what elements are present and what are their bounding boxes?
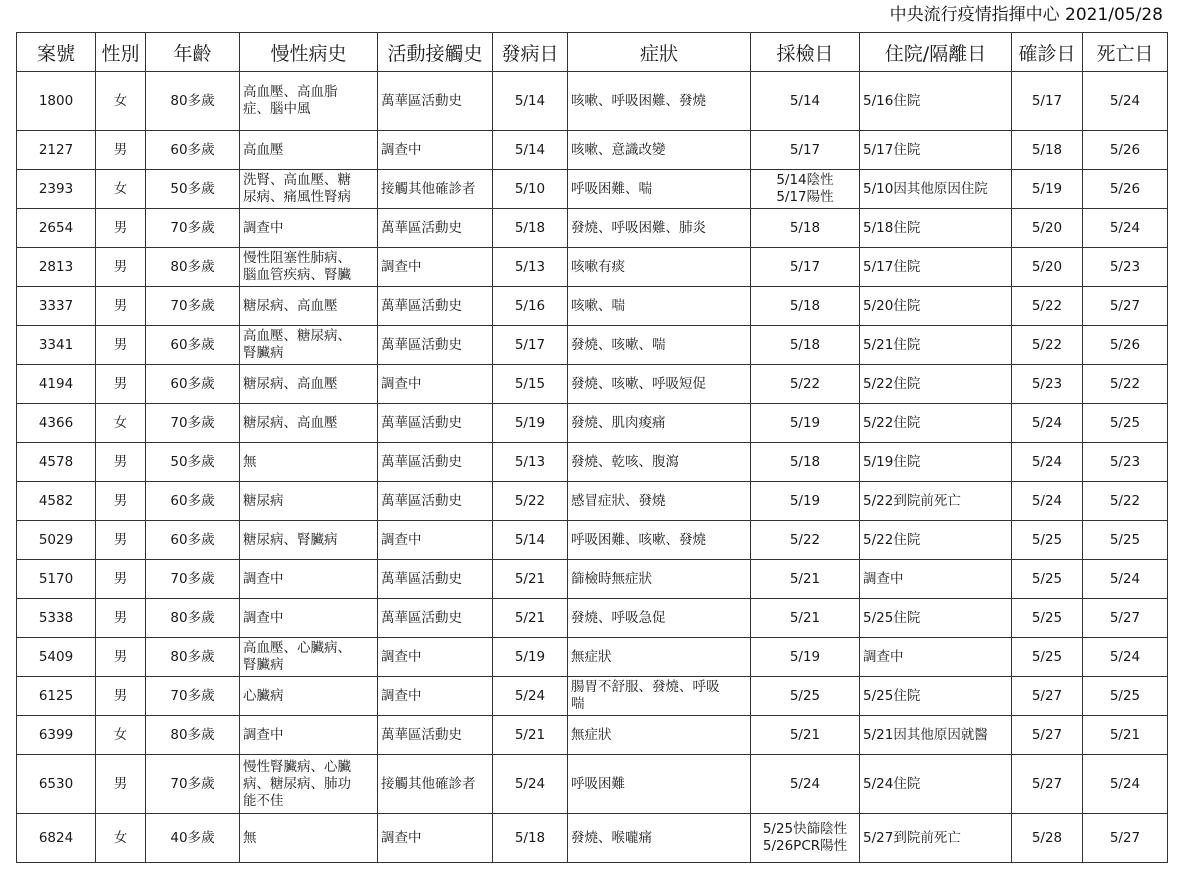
death-cases-table: 案號 性別 年齡 慢性病史 活動接觸史 發病日 症狀 採檢日 住院/隔離日 確診… xyxy=(16,32,1168,863)
cell-sex: 女 xyxy=(96,814,146,863)
cell-case: 6125 xyxy=(17,677,96,716)
table-row: 2654男70多歲調查中萬華區活動史5/18發燒、呼吸困難、肺炎5/185/18… xyxy=(17,209,1168,248)
cell-symptoms: 發燒、喉嚨痛 xyxy=(568,814,751,863)
cell-contact: 調查中 xyxy=(378,638,493,677)
cell-contact: 調查中 xyxy=(378,365,493,404)
cell-test: 5/19 xyxy=(751,482,860,521)
cell-symptoms: 發燒、肌肉痠痛 xyxy=(568,404,751,443)
cell-onset: 5/10 xyxy=(493,170,568,209)
cell-confirmed: 5/25 xyxy=(1012,638,1083,677)
cell-death: 5/26 xyxy=(1083,131,1168,170)
cell-age: 60多歲 xyxy=(146,482,240,521)
table-row: 5338男80多歲調查中萬華區活動史5/21發燒、呼吸急促5/215/25住院5… xyxy=(17,599,1168,638)
cell-case: 3337 xyxy=(17,287,96,326)
cell-contact: 萬華區活動史 xyxy=(378,287,493,326)
table-row: 2813男80多歲慢性阻塞性肺病、 腦血管疾病、腎臟調查中5/13咳嗽有痰5/1… xyxy=(17,248,1168,287)
cell-chronic: 無 xyxy=(240,443,378,482)
cell-age: 40多歲 xyxy=(146,814,240,863)
cell-chronic: 調查中 xyxy=(240,716,378,755)
cell-confirmed: 5/24 xyxy=(1012,404,1083,443)
cell-onset: 5/14 xyxy=(493,72,568,131)
cell-case: 6824 xyxy=(17,814,96,863)
cell-onset: 5/13 xyxy=(493,443,568,482)
col-header-sex: 性別 xyxy=(96,33,146,72)
cell-confirmed: 5/25 xyxy=(1012,599,1083,638)
table-row: 6824女40多歲無調查中5/18發燒、喉嚨痛5/25快篩陰性 5/26PCR陽… xyxy=(17,814,1168,863)
cell-contact: 萬華區活動史 xyxy=(378,482,493,521)
cell-contact: 萬華區活動史 xyxy=(378,72,493,131)
col-header-case: 案號 xyxy=(17,33,96,72)
cell-contact: 萬華區活動史 xyxy=(378,326,493,365)
cell-sex: 男 xyxy=(96,209,146,248)
cell-sex: 男 xyxy=(96,521,146,560)
cell-sex: 男 xyxy=(96,287,146,326)
cell-chronic: 調查中 xyxy=(240,209,378,248)
cell-age: 80多歲 xyxy=(146,599,240,638)
cell-test: 5/19 xyxy=(751,404,860,443)
header-row: 案號 性別 年齡 慢性病史 活動接觸史 發病日 症狀 採檢日 住院/隔離日 確診… xyxy=(17,33,1168,72)
cell-contact: 調查中 xyxy=(378,131,493,170)
cell-contact: 調查中 xyxy=(378,677,493,716)
cell-contact: 接觸其他確診者 xyxy=(378,755,493,814)
table-row: 6125男70多歲心臟病調查中5/24腸胃不舒服、發燒、呼吸 喘5/255/25… xyxy=(17,677,1168,716)
cell-chronic: 糖尿病 xyxy=(240,482,378,521)
cell-chronic: 心臟病 xyxy=(240,677,378,716)
cell-symptoms: 咳嗽、意識改變 xyxy=(568,131,751,170)
cell-contact: 接觸其他確診者 xyxy=(378,170,493,209)
cell-hospital: 5/24住院 xyxy=(860,755,1012,814)
cell-onset: 5/14 xyxy=(493,521,568,560)
cell-confirmed: 5/28 xyxy=(1012,814,1083,863)
cell-symptoms: 咳嗽、呼吸困難、發燒 xyxy=(568,72,751,131)
cell-age: 50多歲 xyxy=(146,443,240,482)
cell-chronic: 慢性腎臟病、心臟 病、糖尿病、肺功 能不佳 xyxy=(240,755,378,814)
cell-onset: 5/22 xyxy=(493,482,568,521)
cell-confirmed: 5/18 xyxy=(1012,131,1083,170)
cell-onset: 5/21 xyxy=(493,599,568,638)
cell-chronic: 糖尿病、腎臟病 xyxy=(240,521,378,560)
cell-confirmed: 5/22 xyxy=(1012,326,1083,365)
cell-death: 5/22 xyxy=(1083,365,1168,404)
cell-confirmed: 5/20 xyxy=(1012,248,1083,287)
cell-confirmed: 5/27 xyxy=(1012,716,1083,755)
cell-case: 5409 xyxy=(17,638,96,677)
cell-onset: 5/17 xyxy=(493,326,568,365)
col-header-death: 死亡日 xyxy=(1083,33,1168,72)
cell-death: 5/24 xyxy=(1083,209,1168,248)
cell-case: 2813 xyxy=(17,248,96,287)
cell-case: 4578 xyxy=(17,443,96,482)
cell-onset: 5/19 xyxy=(493,638,568,677)
cell-chronic: 糖尿病、高血壓 xyxy=(240,287,378,326)
cell-death: 5/25 xyxy=(1083,677,1168,716)
cell-symptoms: 感冒症狀、發燒 xyxy=(568,482,751,521)
cell-hospital: 5/22住院 xyxy=(860,365,1012,404)
cell-test: 5/18 xyxy=(751,326,860,365)
cell-age: 70多歲 xyxy=(146,560,240,599)
cell-symptoms: 咳嗽有痰 xyxy=(568,248,751,287)
cell-onset: 5/16 xyxy=(493,287,568,326)
cell-hospital: 5/17住院 xyxy=(860,248,1012,287)
table-row: 4194男60多歲糖尿病、高血壓調查中5/15發燒、咳嗽、呼吸短促5/225/2… xyxy=(17,365,1168,404)
cell-hospital: 5/20住院 xyxy=(860,287,1012,326)
table-row: 4578男50多歲無萬華區活動史5/13發燒、乾咳、腹瀉5/185/19住院5/… xyxy=(17,443,1168,482)
cell-hospital: 5/22住院 xyxy=(860,404,1012,443)
cell-age: 70多歲 xyxy=(146,755,240,814)
cell-sex: 男 xyxy=(96,755,146,814)
cell-symptoms: 呼吸困難 xyxy=(568,755,751,814)
cell-symptoms: 發燒、咳嗽、喘 xyxy=(568,326,751,365)
cell-hospital: 5/19住院 xyxy=(860,443,1012,482)
cell-hospital: 5/21因其他原因就醫 xyxy=(860,716,1012,755)
cell-sex: 男 xyxy=(96,482,146,521)
cell-death: 5/24 xyxy=(1083,755,1168,814)
cell-contact: 調查中 xyxy=(378,814,493,863)
cell-chronic: 無 xyxy=(240,814,378,863)
cell-death: 5/27 xyxy=(1083,287,1168,326)
cell-test: 5/21 xyxy=(751,716,860,755)
cell-contact: 萬華區活動史 xyxy=(378,716,493,755)
cell-symptoms: 無症狀 xyxy=(568,638,751,677)
cell-age: 70多歲 xyxy=(146,677,240,716)
cell-test: 5/22 xyxy=(751,521,860,560)
cell-case: 2654 xyxy=(17,209,96,248)
cell-age: 60多歲 xyxy=(146,365,240,404)
cell-symptoms: 篩檢時無症狀 xyxy=(568,560,751,599)
cell-case: 3341 xyxy=(17,326,96,365)
cell-case: 4366 xyxy=(17,404,96,443)
table-row: 4582男60多歲糖尿病萬華區活動史5/22感冒症狀、發燒5/195/22到院前… xyxy=(17,482,1168,521)
cell-symptoms: 無症狀 xyxy=(568,716,751,755)
cell-onset: 5/18 xyxy=(493,814,568,863)
cell-test: 5/22 xyxy=(751,365,860,404)
cell-test: 5/14 xyxy=(751,72,860,131)
cell-sex: 女 xyxy=(96,716,146,755)
cell-onset: 5/24 xyxy=(493,677,568,716)
cell-age: 60多歲 xyxy=(146,521,240,560)
cell-death: 5/24 xyxy=(1083,72,1168,131)
cell-age: 80多歲 xyxy=(146,248,240,287)
cell-death: 5/24 xyxy=(1083,638,1168,677)
table-row: 3337男70多歲糖尿病、高血壓萬華區活動史5/16咳嗽、喘5/185/20住院… xyxy=(17,287,1168,326)
cell-hospital: 5/25住院 xyxy=(860,677,1012,716)
cell-symptoms: 咳嗽、喘 xyxy=(568,287,751,326)
cell-death: 5/23 xyxy=(1083,443,1168,482)
cell-case: 6399 xyxy=(17,716,96,755)
cell-hospital: 調查中 xyxy=(860,560,1012,599)
col-header-hospital: 住院/隔離日 xyxy=(860,33,1012,72)
cell-test: 5/18 xyxy=(751,443,860,482)
cell-hospital: 5/22住院 xyxy=(860,521,1012,560)
col-header-onset: 發病日 xyxy=(493,33,568,72)
cell-test: 5/14陰性 5/17陽性 xyxy=(751,170,860,209)
cell-age: 60多歲 xyxy=(146,326,240,365)
cell-chronic: 糖尿病、高血壓 xyxy=(240,365,378,404)
table-row: 6530男70多歲慢性腎臟病、心臟 病、糖尿病、肺功 能不佳接觸其他確診者5/2… xyxy=(17,755,1168,814)
table-row: 3341男60多歲高血壓、糖尿病、 腎臟病萬華區活動史5/17發燒、咳嗽、喘5/… xyxy=(17,326,1168,365)
cell-sex: 女 xyxy=(96,72,146,131)
cell-hospital: 5/16住院 xyxy=(860,72,1012,131)
cell-test: 5/21 xyxy=(751,560,860,599)
cell-age: 80多歲 xyxy=(146,638,240,677)
cell-death: 5/26 xyxy=(1083,326,1168,365)
cell-test: 5/17 xyxy=(751,248,860,287)
cell-sex: 男 xyxy=(96,677,146,716)
col-header-confirmed: 確診日 xyxy=(1012,33,1083,72)
cell-confirmed: 5/22 xyxy=(1012,287,1083,326)
col-header-symptoms: 症狀 xyxy=(568,33,751,72)
cell-chronic: 高血壓 xyxy=(240,131,378,170)
cell-confirmed: 5/17 xyxy=(1012,72,1083,131)
cell-contact: 萬華區活動史 xyxy=(378,443,493,482)
cell-case: 4194 xyxy=(17,365,96,404)
cell-sex: 男 xyxy=(96,326,146,365)
cell-death: 5/27 xyxy=(1083,599,1168,638)
cell-hospital: 調查中 xyxy=(860,638,1012,677)
cell-confirmed: 5/20 xyxy=(1012,209,1083,248)
table-row: 6399女80多歲調查中萬華區活動史5/21無症狀5/215/21因其他原因就醫… xyxy=(17,716,1168,755)
cell-age: 50多歲 xyxy=(146,170,240,209)
cell-onset: 5/21 xyxy=(493,716,568,755)
cell-confirmed: 5/27 xyxy=(1012,677,1083,716)
cell-sex: 男 xyxy=(96,443,146,482)
cell-symptoms: 呼吸困難、咳嗽、發燒 xyxy=(568,521,751,560)
cell-death: 5/22 xyxy=(1083,482,1168,521)
cell-case: 5338 xyxy=(17,599,96,638)
cell-test: 5/18 xyxy=(751,287,860,326)
cell-sex: 男 xyxy=(96,638,146,677)
cell-hospital: 5/21住院 xyxy=(860,326,1012,365)
cell-sex: 女 xyxy=(96,404,146,443)
cell-death: 5/24 xyxy=(1083,560,1168,599)
cell-sex: 女 xyxy=(96,170,146,209)
cell-case: 4582 xyxy=(17,482,96,521)
cell-hospital: 5/10因其他原因住院 xyxy=(860,170,1012,209)
col-header-chronic: 慢性病史 xyxy=(240,33,378,72)
cell-hospital: 5/25住院 xyxy=(860,599,1012,638)
col-header-contact: 活動接觸史 xyxy=(378,33,493,72)
table-row: 1800女80多歲高血壓、高血脂 症、腦中風萬華區活動史5/14咳嗽、呼吸困難、… xyxy=(17,72,1168,131)
cell-onset: 5/19 xyxy=(493,404,568,443)
cell-onset: 5/14 xyxy=(493,131,568,170)
cell-age: 80多歲 xyxy=(146,716,240,755)
cell-chronic: 洗腎、高血壓、糖 尿病、痛風性腎病 xyxy=(240,170,378,209)
table-row: 5170男70多歲調查中萬華區活動史5/21篩檢時無症狀5/21調查中5/255… xyxy=(17,560,1168,599)
cell-chronic: 高血壓、高血脂 症、腦中風 xyxy=(240,72,378,131)
cell-test: 5/19 xyxy=(751,638,860,677)
cell-confirmed: 5/19 xyxy=(1012,170,1083,209)
cell-death: 5/25 xyxy=(1083,404,1168,443)
cell-chronic: 調查中 xyxy=(240,560,378,599)
col-header-test: 採檢日 xyxy=(751,33,860,72)
cell-symptoms: 發燒、乾咳、腹瀉 xyxy=(568,443,751,482)
cell-symptoms: 發燒、咳嗽、呼吸短促 xyxy=(568,365,751,404)
cell-chronic: 糖尿病、高血壓 xyxy=(240,404,378,443)
cell-onset: 5/13 xyxy=(493,248,568,287)
cell-symptoms: 發燒、呼吸困難、肺炎 xyxy=(568,209,751,248)
cell-contact: 萬華區活動史 xyxy=(378,599,493,638)
cell-confirmed: 5/23 xyxy=(1012,365,1083,404)
cell-confirmed: 5/24 xyxy=(1012,482,1083,521)
cell-age: 70多歲 xyxy=(146,404,240,443)
cell-sex: 男 xyxy=(96,560,146,599)
cell-test: 5/25快篩陰性 5/26PCR陽性 xyxy=(751,814,860,863)
cell-symptoms: 發燒、呼吸急促 xyxy=(568,599,751,638)
cell-symptoms: 呼吸困難、喘 xyxy=(568,170,751,209)
cell-chronic: 調查中 xyxy=(240,599,378,638)
cell-death: 5/26 xyxy=(1083,170,1168,209)
cell-test: 5/17 xyxy=(751,131,860,170)
cell-sex: 男 xyxy=(96,248,146,287)
table-row: 5029男60多歲糖尿病、腎臟病調查中5/14呼吸困難、咳嗽、發燒5/225/2… xyxy=(17,521,1168,560)
cell-chronic: 高血壓、心臟病、 腎臟病 xyxy=(240,638,378,677)
cell-age: 80多歲 xyxy=(146,72,240,131)
cell-death: 5/27 xyxy=(1083,814,1168,863)
cell-confirmed: 5/27 xyxy=(1012,755,1083,814)
cell-contact: 萬華區活動史 xyxy=(378,560,493,599)
cell-hospital: 5/17住院 xyxy=(860,131,1012,170)
cell-hospital: 5/27到院前死亡 xyxy=(860,814,1012,863)
cell-contact: 萬華區活動史 xyxy=(378,209,493,248)
cell-sex: 男 xyxy=(96,365,146,404)
source-attribution: 中央流行疫情指揮中心 2021/05/28 xyxy=(890,4,1163,26)
cell-case: 6530 xyxy=(17,755,96,814)
table-row: 2393女50多歲洗腎、高血壓、糖 尿病、痛風性腎病接觸其他確診者5/10呼吸困… xyxy=(17,170,1168,209)
table-row: 4366女70多歲糖尿病、高血壓萬華區活動史5/19發燒、肌肉痠痛5/195/2… xyxy=(17,404,1168,443)
cell-contact: 調查中 xyxy=(378,521,493,560)
cell-death: 5/23 xyxy=(1083,248,1168,287)
cell-confirmed: 5/25 xyxy=(1012,521,1083,560)
cell-case: 5170 xyxy=(17,560,96,599)
cell-hospital: 5/18住院 xyxy=(860,209,1012,248)
cell-death: 5/21 xyxy=(1083,716,1168,755)
cell-chronic: 慢性阻塞性肺病、 腦血管疾病、腎臟 xyxy=(240,248,378,287)
cell-onset: 5/15 xyxy=(493,365,568,404)
cell-case: 5029 xyxy=(17,521,96,560)
cell-test: 5/24 xyxy=(751,755,860,814)
cell-confirmed: 5/25 xyxy=(1012,560,1083,599)
cell-age: 70多歲 xyxy=(146,209,240,248)
table-row: 5409男80多歲高血壓、心臟病、 腎臟病調查中5/19無症狀5/19調查中5/… xyxy=(17,638,1168,677)
cell-case: 1800 xyxy=(17,72,96,131)
cell-chronic: 高血壓、糖尿病、 腎臟病 xyxy=(240,326,378,365)
cell-onset: 5/18 xyxy=(493,209,568,248)
cell-test: 5/18 xyxy=(751,209,860,248)
table-row: 2127男60多歲高血壓調查中5/14咳嗽、意識改變5/175/17住院5/18… xyxy=(17,131,1168,170)
cell-onset: 5/24 xyxy=(493,755,568,814)
cell-hospital: 5/22到院前死亡 xyxy=(860,482,1012,521)
cell-death: 5/25 xyxy=(1083,521,1168,560)
cell-age: 60多歲 xyxy=(146,131,240,170)
cell-confirmed: 5/24 xyxy=(1012,443,1083,482)
table-body: 1800女80多歲高血壓、高血脂 症、腦中風萬華區活動史5/14咳嗽、呼吸困難、… xyxy=(17,72,1168,863)
cell-sex: 男 xyxy=(96,599,146,638)
cell-onset: 5/21 xyxy=(493,560,568,599)
cell-age: 70多歲 xyxy=(146,287,240,326)
cell-symptoms: 腸胃不舒服、發燒、呼吸 喘 xyxy=(568,677,751,716)
cell-contact: 萬華區活動史 xyxy=(378,404,493,443)
cell-sex: 男 xyxy=(96,131,146,170)
col-header-age: 年齡 xyxy=(146,33,240,72)
cell-case: 2393 xyxy=(17,170,96,209)
cell-test: 5/25 xyxy=(751,677,860,716)
cell-test: 5/21 xyxy=(751,599,860,638)
cell-case: 2127 xyxy=(17,131,96,170)
cell-contact: 調查中 xyxy=(378,248,493,287)
